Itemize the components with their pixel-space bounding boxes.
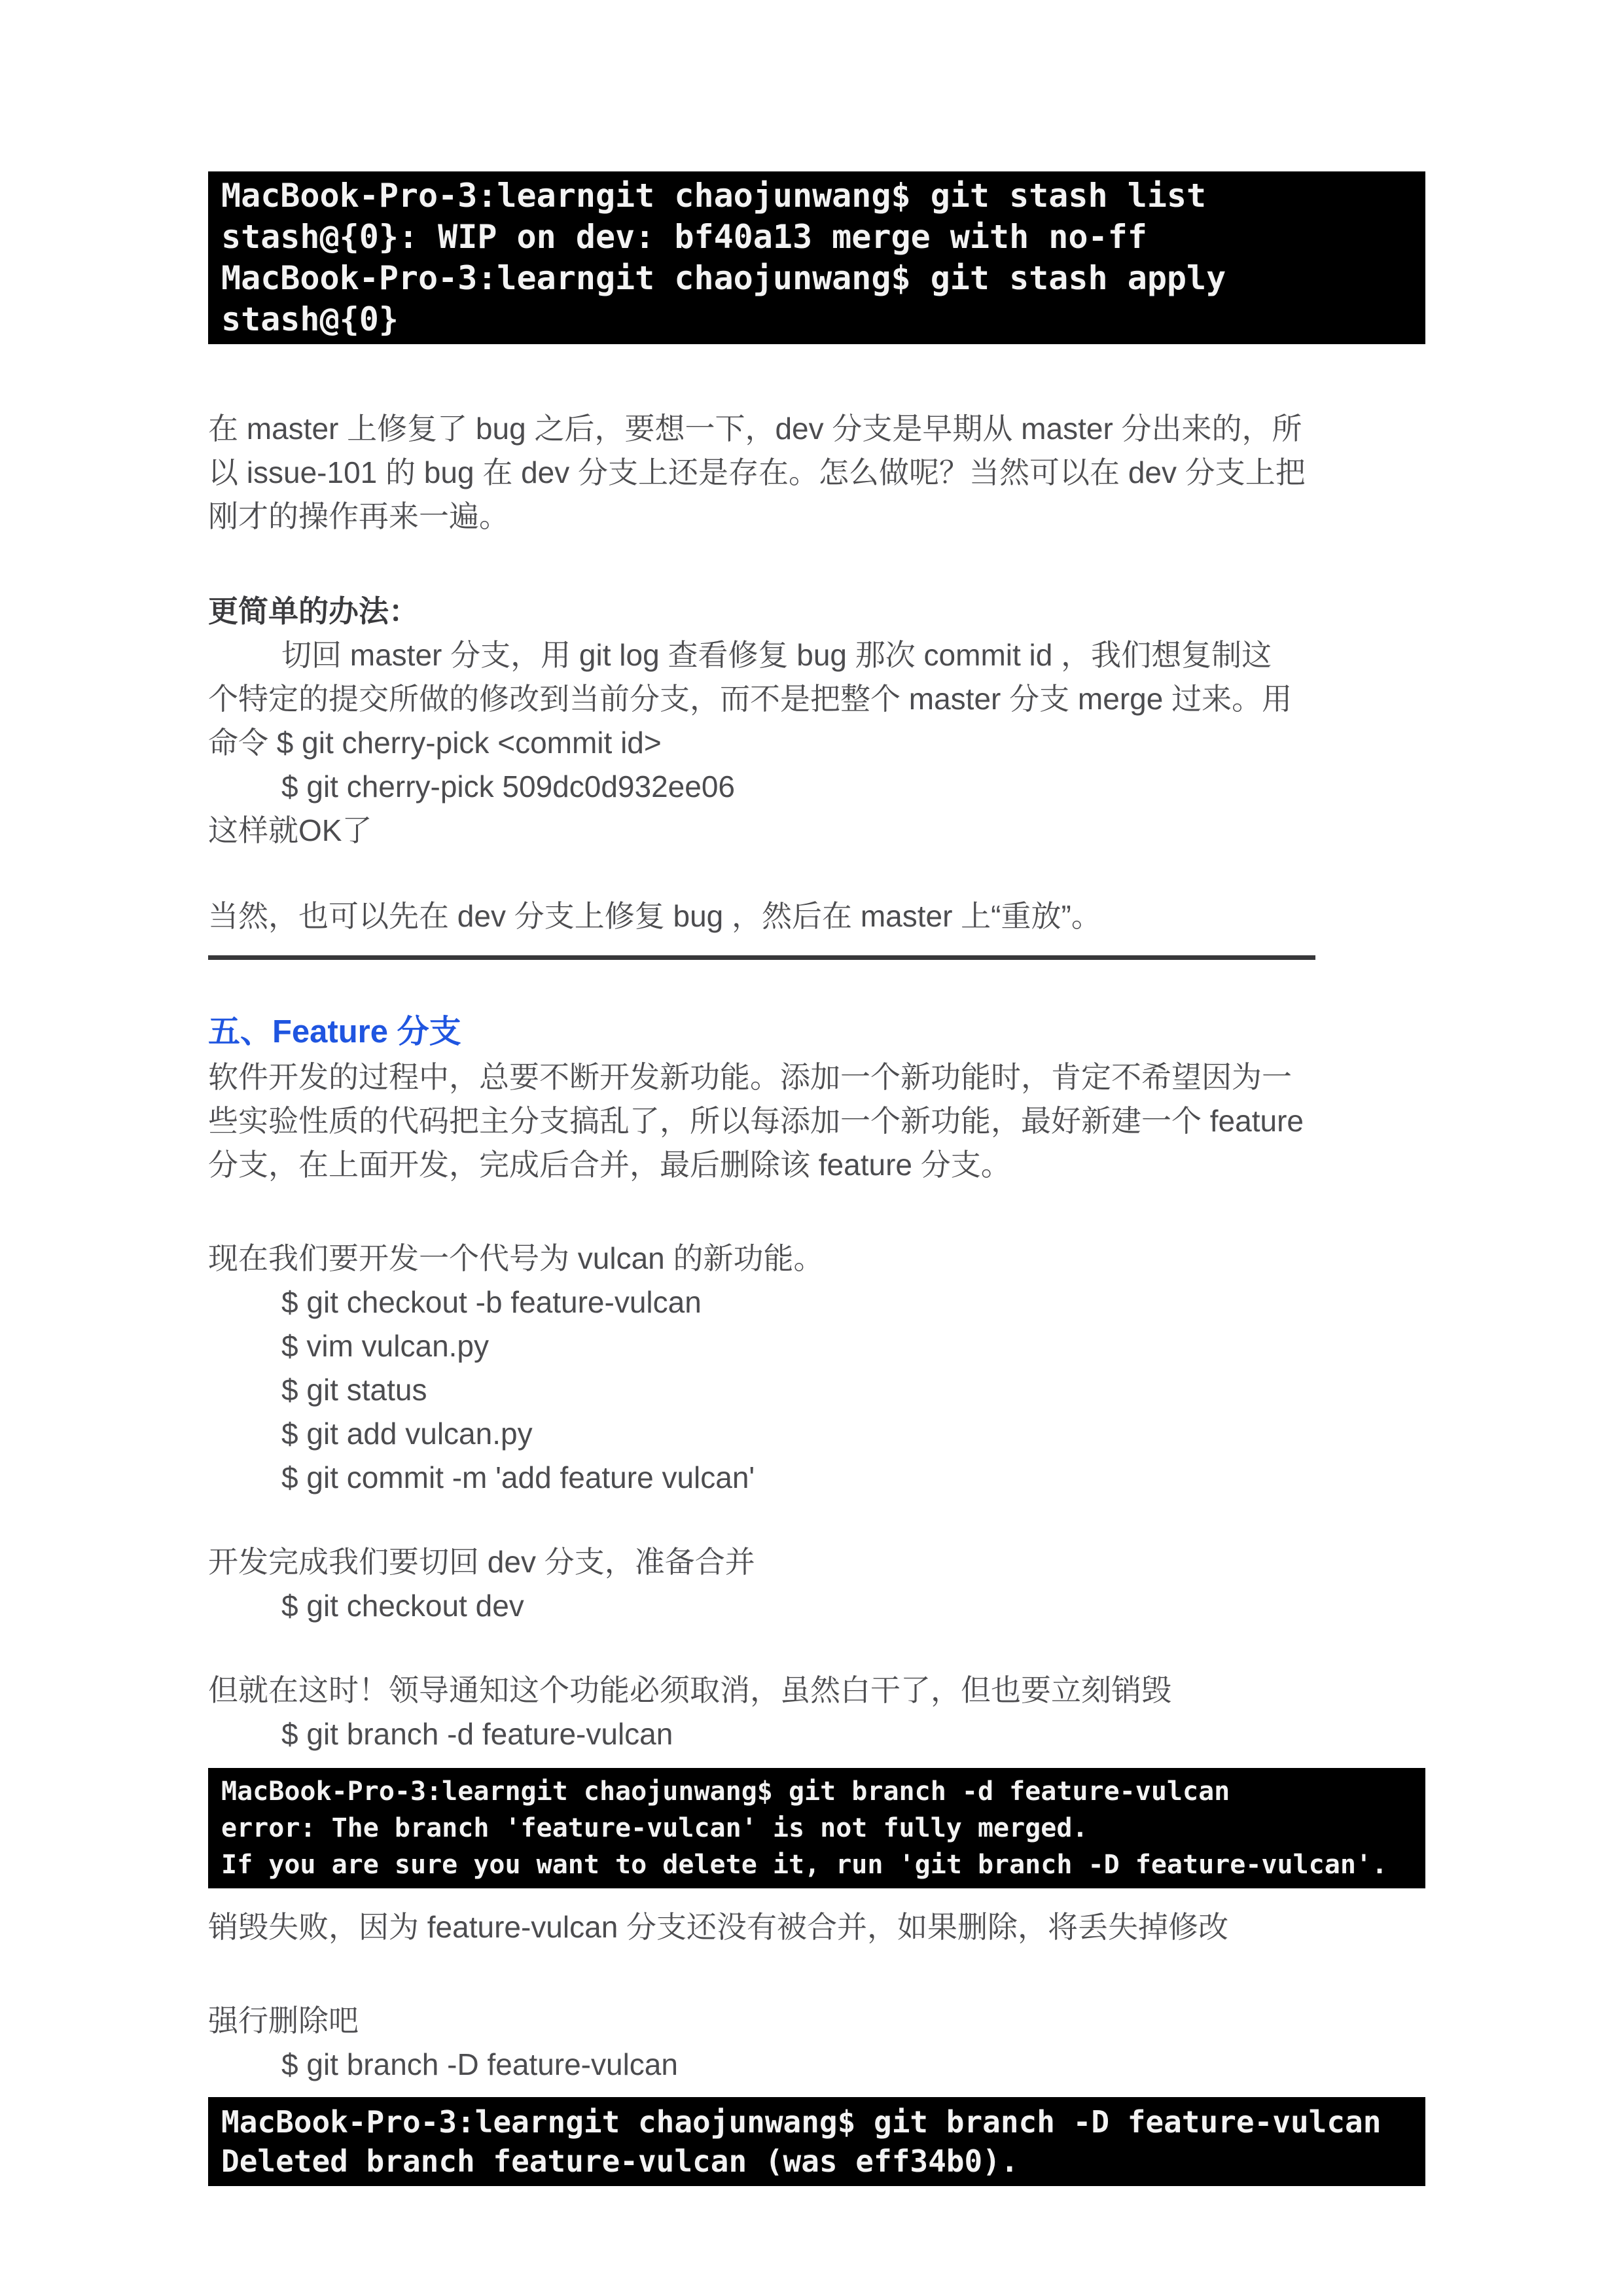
command-git-status: $ git status <box>208 1368 1425 1412</box>
paragraph-feature-branch-intro: 软件开发的过程中，总要不断开发新功能。添加一个新功能时，肯定不希望因为一 些实验… <box>208 1055 1425 1187</box>
terminal-screenshot-branch-delete-error: MacBook-Pro-3:learngit chaojunwang$ git … <box>208 1768 1425 1888</box>
command-git-branch-delete: $ git branch -d feature-vulcan <box>208 1712 1425 1756</box>
command-git-checkout-dev: $ git checkout dev <box>208 1584 1425 1628</box>
heading-simpler-method: 更简单的办法： <box>208 590 1425 633</box>
paragraph-develop-vulcan: 现在我们要开发一个代号为 vulcan 的新功能。 <box>208 1237 1425 1280</box>
terminal-screenshot-branch-force-delete: MacBook-Pro-3:learngit chaojunwang$ git … <box>208 2097 1425 2186</box>
section-divider <box>208 955 1315 960</box>
paragraph-switch-back-dev: 开发完成我们要切回 dev 分支，准备合并 <box>208 1540 1425 1584</box>
command-git-commit: $ git commit -m 'add feature vulcan' <box>208 1456 1425 1500</box>
command-git-cherry-pick: $ git cherry-pick 509dc0d932ee06 <box>208 765 1425 809</box>
paragraph-replay-on-master: 当然，也可以先在 dev 分支上修复 bug ，然后在 master 上“重放”… <box>208 894 1425 938</box>
paragraph-ok: 这样就OK了 <box>208 809 1425 853</box>
paragraph-bug-on-dev-intro: 在 master 上修复了 bug 之后，要想一下，dev 分支是早期从 mas… <box>208 407 1425 539</box>
paragraph-feature-cancelled: 但就在这时！领导通知这个功能必须取消，虽然白干了，但也要立刻销毁 <box>208 1669 1425 1712</box>
terminal-screenshot-git-stash: MacBook-Pro-3:learngit chaojunwang$ git … <box>208 171 1425 344</box>
paragraph-delete-failed: 销毁失败，因为 feature-vulcan 分支还没有被合并，如果删除，将丢失… <box>208 1905 1425 1949</box>
paragraph-cherry-pick-method: 切回 master 分支，用 git log 查看修复 bug 那次 commi… <box>208 633 1425 765</box>
command-git-add: $ git add vulcan.py <box>208 1412 1425 1456</box>
command-vim-vulcan: $ vim vulcan.py <box>208 1324 1425 1368</box>
command-git-branch-force-delete: $ git branch -D feature-vulcan <box>208 2043 1425 2087</box>
paragraph-force-delete: 强行删除吧 <box>208 1999 1425 2043</box>
heading-feature-branch: 五、Feature 分支 <box>208 1008 1425 1055</box>
content-column: MacBook-Pro-3:learngit chaojunwang$ git … <box>208 0 1425 2186</box>
command-git-checkout-b: $ git checkout -b feature-vulcan <box>208 1280 1425 1324</box>
document-page: MacBook-Pro-3:learngit chaojunwang$ git … <box>0 0 1623 2296</box>
